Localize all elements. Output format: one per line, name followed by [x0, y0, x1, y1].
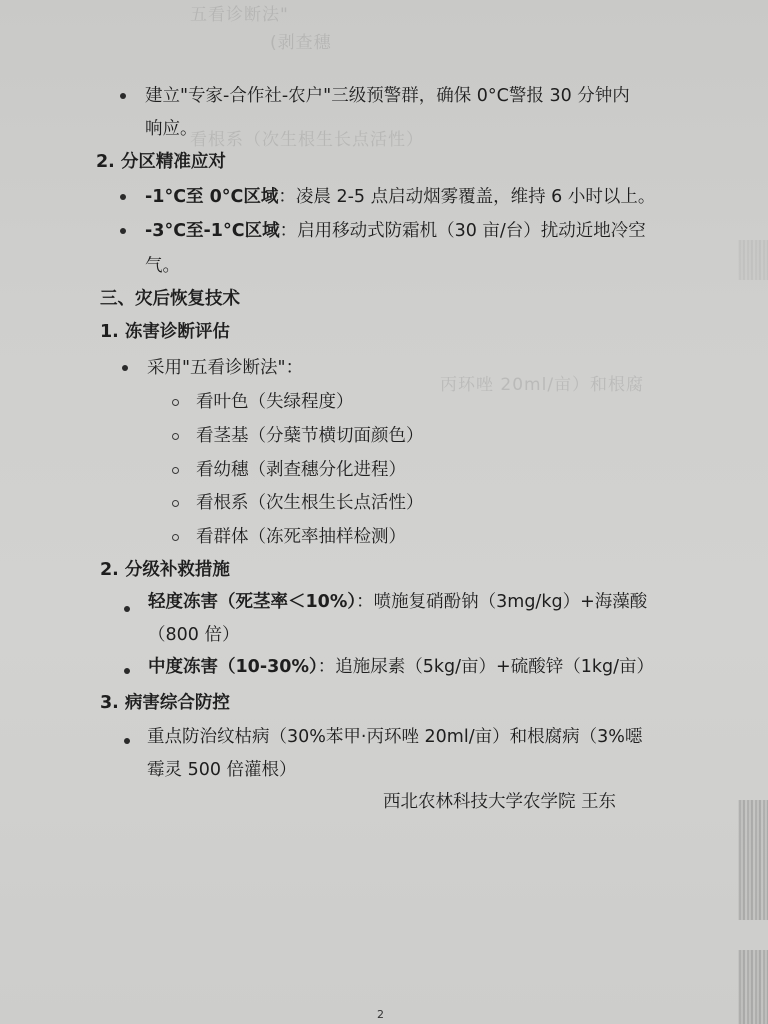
bleed-through-text: (剥查穗	[270, 28, 332, 53]
circle-bullet-icon	[172, 534, 179, 541]
diagnosis-subitem: 看茎基（分蘖节横切面颜色）	[196, 424, 424, 448]
remedy-item-1-continuation: （800 倍）	[148, 623, 239, 647]
circle-bullet-icon	[172, 467, 179, 474]
subsection-heading-disease-control: 3. 病害综合防控	[100, 691, 230, 715]
bleed-through-text: 五看诊断法"	[190, 0, 289, 25]
zone-item-1-text: ：凌晨 2-5 点启动烟雾覆盖，维持 6 小时以上。	[278, 187, 655, 207]
diagnosis-subitem: 看叶色（失绿程度）	[196, 390, 354, 414]
subsection-heading-diagnosis: 1. 冻害诊断评估	[100, 320, 230, 344]
disease-control-line-2: 霉灵 500 倍灌根）	[147, 758, 297, 782]
document-page: 五看诊断法" (剥查穗 看根系（次生根生长点活性） 丙环唑 20ml/亩）和根腐…	[0, 0, 768, 1024]
bullet-icon	[124, 738, 130, 744]
zone-item-2-text: ：启用移动式防霜机（30 亩/台）扰动近地冷空	[280, 221, 646, 241]
bullet-icon	[124, 606, 130, 612]
bullet-icon	[122, 365, 128, 371]
bullet-icon	[120, 228, 126, 234]
disease-control-line-1: 重点防治纹枯病（30%苯甲·丙环唑 20ml/亩）和根腐病（3%噁	[147, 725, 642, 749]
remedy-item-2: 中度冻害（10-30%）：追施尿素（5kg/亩）+硫酸锌（1kg/亩）	[148, 655, 654, 679]
section-heading-recovery: 三、灾后恢复技术	[100, 287, 240, 311]
scan-artifact	[738, 240, 768, 280]
zone-item-2-label: -3°C至-1°C区域	[145, 221, 280, 241]
scan-artifact	[738, 950, 768, 1024]
early-warning-line-1: 建立"专家-合作社-农户"三级预警群，确保 0°C警报 30 分钟内	[145, 84, 630, 108]
bullet-icon	[120, 194, 126, 200]
remedy-item-1-label: 轻度冻害（死茎率＜10%）	[148, 592, 356, 612]
diagnosis-method: 采用"五看诊断法"：	[147, 356, 303, 380]
bleed-through-text: 丙环唑 20ml/亩）和根腐	[440, 370, 644, 395]
bullet-icon	[124, 668, 130, 674]
remedy-item-1-text: ：喷施复硝酚钠（3mg/kg）+海藻酸	[356, 592, 647, 612]
subsection-heading-zone-response: 2. 分区精准应对	[96, 150, 226, 174]
circle-bullet-icon	[172, 433, 179, 440]
bleed-through-text: 看根系（次生根生长点活性）	[190, 125, 424, 150]
author-signature: 西北农林科技大学农学院 王东	[383, 790, 616, 814]
zone-item-1: -1°C至 0°C区域：凌晨 2-5 点启动烟雾覆盖，维持 6 小时以上。	[145, 185, 655, 209]
remedy-item-2-label: 中度冻害（10-30%）	[148, 657, 318, 677]
scan-artifact	[738, 800, 768, 920]
remedy-item-1: 轻度冻害（死茎率＜10%）：喷施复硝酚钠（3mg/kg）+海藻酸	[148, 590, 647, 614]
zone-item-1-label: -1°C至 0°C区域	[145, 187, 278, 207]
bullet-icon	[120, 93, 126, 99]
subsection-heading-remedies: 2. 分级补救措施	[100, 558, 230, 582]
diagnosis-subitem: 看群体（冻死率抽样检测）	[196, 525, 406, 549]
circle-bullet-icon	[172, 500, 179, 507]
circle-bullet-icon	[172, 399, 179, 406]
early-warning-line-2: 响应。	[145, 117, 198, 141]
page-number: 2	[377, 1008, 384, 1021]
zone-item-2: -3°C至-1°C区域：启用移动式防霜机（30 亩/台）扰动近地冷空	[145, 219, 646, 243]
diagnosis-subitem: 看幼穗（剥查穗分化进程）	[196, 458, 406, 482]
diagnosis-subitem: 看根系（次生根生长点活性）	[196, 491, 424, 515]
remedy-item-2-text: ：追施尿素（5kg/亩）+硫酸锌（1kg/亩）	[318, 657, 654, 677]
zone-item-2-continuation: 气。	[145, 254, 180, 278]
